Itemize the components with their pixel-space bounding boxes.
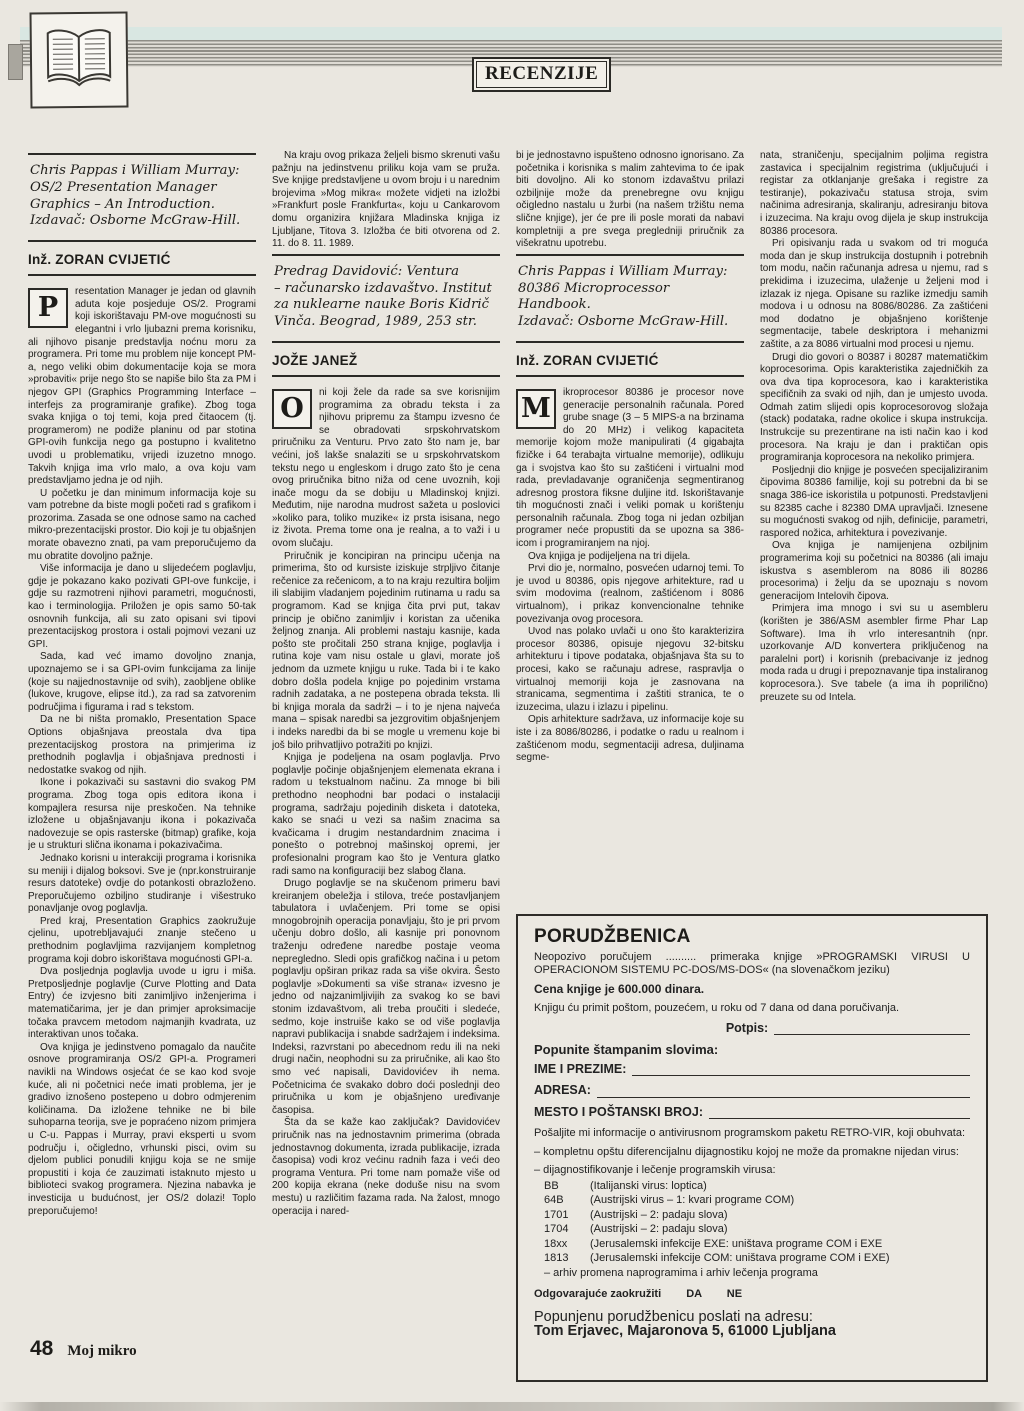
section-header-label: RECENZIJE: [476, 61, 607, 88]
paragraph: Pri opisivanju rada u svakom od tri mogu…: [760, 238, 988, 351]
virus-desc: (Austrijski – 2: padaju slova): [590, 1209, 728, 1223]
column-3: bi je jednostavno ispušteno odnosno igno…: [516, 150, 744, 902]
open-book-icon: [42, 25, 117, 96]
name-blank-line: [632, 1063, 970, 1076]
paragraph: bi je jednostavno ispušteno odnosno igno…: [516, 150, 744, 251]
page-edge-strip: [0, 1402, 1024, 1411]
city-blank-line: [709, 1106, 970, 1119]
circle-label: Odgovarajuće zaokružiti: [534, 1288, 661, 1300]
delivery-line: Knjigu ću primit poštom, pouzećem, u rok…: [534, 1002, 970, 1016]
order-line: Neopozivo poručujem .......... primeraka…: [534, 951, 970, 978]
author-name: JOŽE JANEŽ: [272, 343, 500, 377]
virus-code: 1813: [544, 1252, 590, 1266]
yes-option: DA: [686, 1288, 701, 1300]
address-blank-line: [597, 1085, 970, 1098]
signature-label: Potpis:: [726, 1022, 768, 1036]
column-1: Chris Pappas i William Murray:OS/2 Prese…: [28, 150, 256, 1395]
virus-row: 64B (Austrijski virus – 1: kvari program…: [544, 1194, 970, 1208]
virus-code: BB: [544, 1180, 590, 1194]
paragraph: Uvod nas polako uvlači u ono što karakte…: [516, 626, 744, 714]
virus-code: 18xx: [544, 1238, 590, 1252]
book-title-line: Izdavač: Osborne McGraw-Hill.: [30, 213, 254, 230]
virus-row: 1701 (Austrijski – 2: padaju slova): [544, 1209, 970, 1223]
book-title-line: – računarsko izdavaštvo. Institut: [274, 281, 498, 298]
name-row: IME I PREZIME:: [534, 1063, 970, 1077]
city-label: MESTO I POŠTANSKI BROJ:: [534, 1106, 703, 1120]
price-line: Cena knjige je 600.000 dinara.: [534, 983, 970, 997]
order-form: PORUDŽBENICA Neopozivo poručujem .......…: [516, 914, 988, 1382]
paragraph: Sada, kad već imamo dovoljno znanja, upo…: [28, 651, 256, 714]
paragraph: Drugo poglavlje se na skučenom primeru b…: [272, 878, 500, 1117]
paragraph: Prvi dio je, normalno, posvećen udarnoj …: [516, 563, 744, 626]
section-header: RECENZIJE: [472, 57, 611, 92]
address-row: ADRESA:: [534, 1084, 970, 1098]
section-badge: [30, 11, 129, 108]
page-edge-tab: [8, 44, 23, 80]
fill-instruction: Popunite štampanim slovima:: [534, 1043, 970, 1057]
virus-code: 64B: [544, 1194, 590, 1208]
name-label: IME I PREZIME:: [534, 1063, 626, 1077]
paragraph: Opis arhitekture sadržava, uz informacij…: [516, 714, 744, 764]
paragraph: Drugi dio govori o 80387 i 80287 matemat…: [760, 352, 988, 465]
paragraph: Ikone i pokazivači su sastavni dio svako…: [28, 777, 256, 853]
page-footer: 48 Moj mikro: [30, 1337, 137, 1361]
paragraph: Dva posljednja poglavlja uvode u igru i …: [28, 966, 256, 1042]
info-request: Pošaljite mi informacije o antivirusnom …: [534, 1127, 970, 1141]
paragraph: Više informacija je dano u slijedećem po…: [28, 563, 256, 651]
send-address: Tom Erjavec, Majaronova 5, 61000 Ljublja…: [534, 1325, 970, 1339]
dropcap-paragraph: Oni koji žele da rade sa sve korisnijim …: [272, 387, 500, 551]
author-name: Inž. ZORAN CVIJETIĆ: [28, 242, 256, 276]
dropcap-letter: P: [28, 288, 68, 328]
magazine-page: RECENZIJE Chris Pappas i William Murray:…: [0, 0, 1024, 1411]
archive-line: – arhiv promena naprogramima i arhiv leč…: [544, 1267, 970, 1281]
bullet-viruses: – dijagnostifikovanje i lečenje programs…: [534, 1164, 970, 1178]
virus-row: BB (Italijanski virus: loptica): [544, 1180, 970, 1194]
right-columns: bi je jednostavno ispušteno odnosno igno…: [516, 150, 988, 902]
city-row: MESTO I POŠTANSKI BROJ:: [534, 1106, 970, 1120]
paragraph: Primjera ima mnogo i svi su u asembleru …: [760, 603, 988, 704]
paragraph: Ova knjiga je namijenjena ozbiljnim prog…: [760, 540, 988, 603]
book-heading: Chris Pappas i William Murray:80386 Micr…: [516, 254, 744, 343]
article-columns: Chris Pappas i William Murray:OS/2 Prese…: [28, 150, 988, 1395]
dropcap-letter: M: [516, 389, 556, 429]
book-heading: Chris Pappas i William Murray:OS/2 Prese…: [28, 153, 256, 242]
circle-answer-row: Odgovarajuće zaokružiti DA NE: [534, 1288, 970, 1302]
paragraph: Knjiga je podeljena na osam poglavlja. P…: [272, 752, 500, 878]
book-title-line: 80386 Microprocessor Handbook.: [518, 281, 742, 315]
paragraph: Jednako korisni u interakciji programa i…: [28, 853, 256, 916]
paragraph: Priručnik je koncipiran na principu učen…: [272, 551, 500, 753]
virus-row: 18xx (Jerusalemski infekcije EXE: uništa…: [544, 1238, 970, 1252]
book-title-line: Izdavač: Osborne McGraw-Hill.: [518, 314, 742, 331]
column-2: Na kraju ovog prikaza željeli bismo skre…: [272, 150, 500, 1395]
paragraph: Da ne bi ništa promaklo, Presentation Sp…: [28, 714, 256, 777]
virus-desc: (Austrijski virus – 1: kvari programe CO…: [590, 1194, 794, 1208]
paragraph: U početku je dan minimum informacija koj…: [28, 488, 256, 564]
paragraph: Ova knjiga je podijeljena na tri dijela.: [516, 551, 744, 564]
virus-row: 1813 (Jerusalemski infekcije COM: uništa…: [544, 1252, 970, 1266]
book-title-line: Graphics – An Introduction.: [30, 197, 254, 214]
order-form-title: PORUDŽBENICA: [534, 930, 970, 944]
book-title-line: OS/2 Presentation Manager: [30, 180, 254, 197]
signature-row: Potpis:: [534, 1022, 970, 1036]
book-title-line: Vinča. Beograd, 1989, 253 str.: [274, 314, 498, 331]
virus-code: 1701: [544, 1209, 590, 1223]
virus-desc: (Jerusalemski infekcije EXE: uništava pr…: [590, 1238, 882, 1252]
send-line: Popunjenu porudžbenicu poslati na adresu…: [534, 1311, 970, 1325]
dropcap-paragraph: Presentation Manager je jedan od glavnih…: [28, 286, 256, 488]
address-label: ADRESA:: [534, 1084, 591, 1098]
virus-row: 1704 (Austrijski – 2: padaju slova): [544, 1223, 970, 1237]
paragraph: Na kraju ovog prikaza željeli bismo skre…: [272, 150, 500, 251]
column-4: nata, straničenju, specijalnim poljima r…: [760, 150, 988, 902]
book-title-line: za nuklearne nauke Boris Kidrič: [274, 297, 498, 314]
paragraph: Posljednji dio knjige je posvećen specij…: [760, 465, 988, 541]
page-number: 48: [30, 1337, 53, 1361]
book-heading: Predrag Davidović: Ventura– računarsko i…: [272, 254, 500, 343]
virus-desc: (Jerusalemski infekcije COM: uništava pr…: [590, 1252, 890, 1266]
dropcap-paragraph: Mikroprocesor 80386 je procesor nove gen…: [516, 387, 744, 551]
paragraph: Ova knjiga je jedinstveno pomagalo da na…: [28, 1042, 256, 1218]
book-title-line: Chris Pappas i William Murray:: [30, 163, 254, 180]
book-title-line: Predrag Davidović: Ventura: [274, 264, 498, 281]
virus-desc: (Italijanski virus: loptica): [590, 1180, 707, 1194]
virus-desc: (Austrijski – 2: padaju slova): [590, 1223, 728, 1237]
author-name: Inž. ZORAN CVIJETIĆ: [516, 343, 744, 377]
paragraph: Šta da se kaže kao zaključak? Davidoviće…: [272, 1117, 500, 1218]
no-option: NE: [727, 1288, 742, 1300]
right-pane: bi je jednostavno ispušteno odnosno igno…: [516, 150, 988, 1395]
header-tint-band: [20, 27, 1002, 41]
bullet-diagnostics: – kompletnu opštu diferencijalnu dijagno…: [534, 1146, 970, 1160]
magazine-name: Moj mikro: [67, 1343, 136, 1360]
virus-code: 1704: [544, 1223, 590, 1237]
paragraph: Pred kraj, Presentation Graphics zaokruž…: [28, 916, 256, 966]
book-title-line: Chris Pappas i William Murray:: [518, 264, 742, 281]
dropcap-letter: O: [272, 389, 312, 429]
paragraph: nata, straničenju, specijalnim poljima r…: [760, 150, 988, 238]
signature-blank-line: [774, 1022, 970, 1035]
